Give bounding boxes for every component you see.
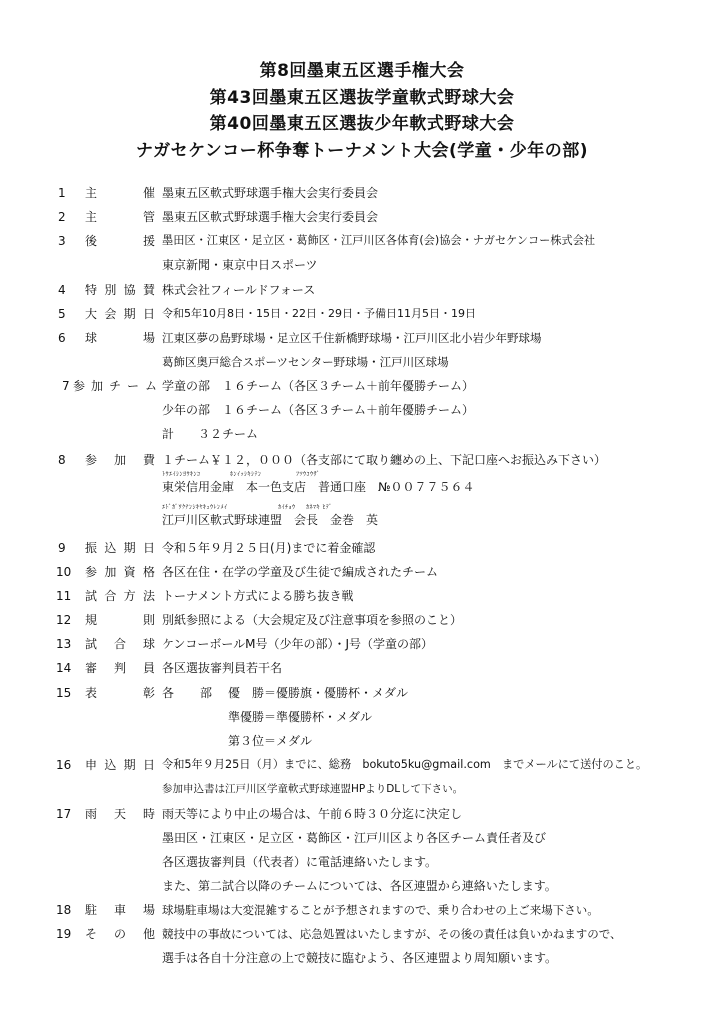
item-value: 雨天等により中止の場合は、午前６時３０分迄に決定し [162,804,462,824]
item-label: 振込期日 [85,538,155,558]
title-line-3: 第40回墨東五区選抜少年軟式野球大会 [0,111,724,138]
item-value: 少年の部 １６チーム（各区３チーム＋前年優勝チーム） [162,400,474,420]
item-value: 株式会社フィールドフォース [162,280,315,300]
item-value: 別紙参照による（大会規定及び注意事項を参照のこと） [162,610,462,630]
item-value: 墨東五区軟式野球選手権大会実行委員会 [162,207,378,227]
item-number: 4 [58,280,82,300]
item-label: 特別協賛 [85,280,155,300]
item-label: 審判員 [85,658,155,678]
item-number: 6 [58,328,82,348]
item-number: 13 [56,634,80,654]
bank-account-value: 東栄信用金庫 本一色支店 普通口座 №００７７５６４ [162,477,474,497]
item-value: 令和5年10月8日・15日・22日・29日・予備日11月5日・19日 [162,304,476,324]
item-number: 14 [56,658,80,678]
item-label: 試合方法 [85,586,155,606]
item-number: 9 [58,538,82,558]
payee-value: 江戸川区軟式野球連盟 会長 金巻 英 [162,510,378,530]
award-third: 第３位＝メダル [228,731,312,751]
item-value: 計 ３２チーム [162,424,258,444]
item-number: 5 [58,304,82,324]
item-label: 表彰 [85,683,155,703]
award-second: 準優勝＝準優勝杯・メダル [228,707,372,727]
item-value: また、第二試合以降のチームについては、各区連盟から連絡いたします。 [162,876,557,896]
item-value: 各区在住・在学の学童及び生徒で編成されたチーム [162,562,438,582]
item-value: 各区選抜審判員若干名 [162,658,282,678]
item-value: 葛飾区奥戸総合スポーツセンター野球場・江戸川区球場 [162,352,449,372]
item-number: 15 [56,683,80,703]
title-line-1: 第8回墨東五区選手権大会 [0,58,724,85]
item-value: 学童の部 １６チーム（各区３チーム＋前年優勝チーム） [162,376,474,396]
item-number: 1 [58,183,82,203]
item-value: 球場駐車場は大変混雑することが予想されますので、乗り合わせの上ご来場下さい。 [162,900,599,920]
item-number: 11 [56,586,80,606]
item-number: 8 [58,450,82,470]
item-label: 参加資格 [85,562,155,582]
title-line-2: 第43回墨東五区選抜学童軟式野球大会 [0,85,724,112]
item-label: 駐車場 [85,900,155,920]
item-number: 12 [56,610,80,630]
item-value: ケンコーボールM号（少年の部）・J号（学童の部） [162,634,433,654]
item-value: 令和5年９月25日（月）までに、総務 bokuto5ku@gmail.com ま… [162,755,647,775]
item-label: その他 [85,924,155,944]
item-value: 競技中の事故については、応急処置はいたしますが、その後の責任は負いかねますので、 [162,924,622,944]
item-value: トーナメント方式による勝ち抜き戦 [162,586,354,606]
item-label: 申込期日 [85,755,155,775]
item-label: 主催 [85,183,155,203]
item-value: 選手は各自十分注意の上で競技に臨むよう、各区連盟より周知願います。 [162,948,557,968]
item-label: 雨天時 [85,804,155,824]
item-value: 江東区夢の島野球場・足立区千住新橋野球場・江戸川区北小岩少年野球場 [162,328,542,348]
item-number: 3 [58,231,82,251]
awards-sublabel: 各部 [162,683,212,703]
award-first: 優 勝＝優勝旗・優勝杯・メダル [228,683,408,703]
item-value: 墨田区・江東区・足立区・葛飾区・江戸川区より各区チーム責任者及び [162,828,546,848]
item-label: 大会期日 [85,304,155,324]
item-number: 2 [58,207,82,227]
item-label: 試合球 [85,634,155,654]
item-value: 令和５年９月２５日(月)までに着金確認 [162,538,375,558]
item-number: 16 [56,755,80,775]
item-label: 主管 [85,207,155,227]
item-label: 後援 [85,231,155,251]
document-title-block: 第8回墨東五区選手権大会 第43回墨東五区選抜学童軟式野球大会 第40回墨東五区… [0,58,724,164]
item-value: 東京新聞・東京中日スポーツ [162,255,318,275]
item-number: 18 [56,900,80,920]
item-label: 参加費 [85,450,155,470]
item-value: １チーム￥１２，０００（各支部にて取り纏めの上、下記口座へお振込み下さい） [162,450,606,470]
item-value: 各区選抜審判員（代表者）に電話連絡いたします。 [162,852,437,872]
item-label: 球場 [85,328,155,348]
item-number: 10 [56,562,80,582]
title-line-4: ナガセケンコー杯争奪トーナメント大会(学童・少年の部) [0,138,724,165]
application-note: 参加申込書は江戸川区学童軟式野球連盟HPよりDLして下さい。 [162,779,463,799]
item-label: 参加チーム [73,376,157,396]
item-value: 墨東五区軟式野球選手権大会実行委員会 [162,183,378,203]
item-number: 19 [56,924,80,944]
item-value: 墨田区・江東区・足立区・葛飾区・江戸川区各体育(会)協会・ナガセケンコー株式会社 [162,231,595,251]
item-number: 17 [56,804,80,824]
item-label: 規則 [85,610,155,630]
